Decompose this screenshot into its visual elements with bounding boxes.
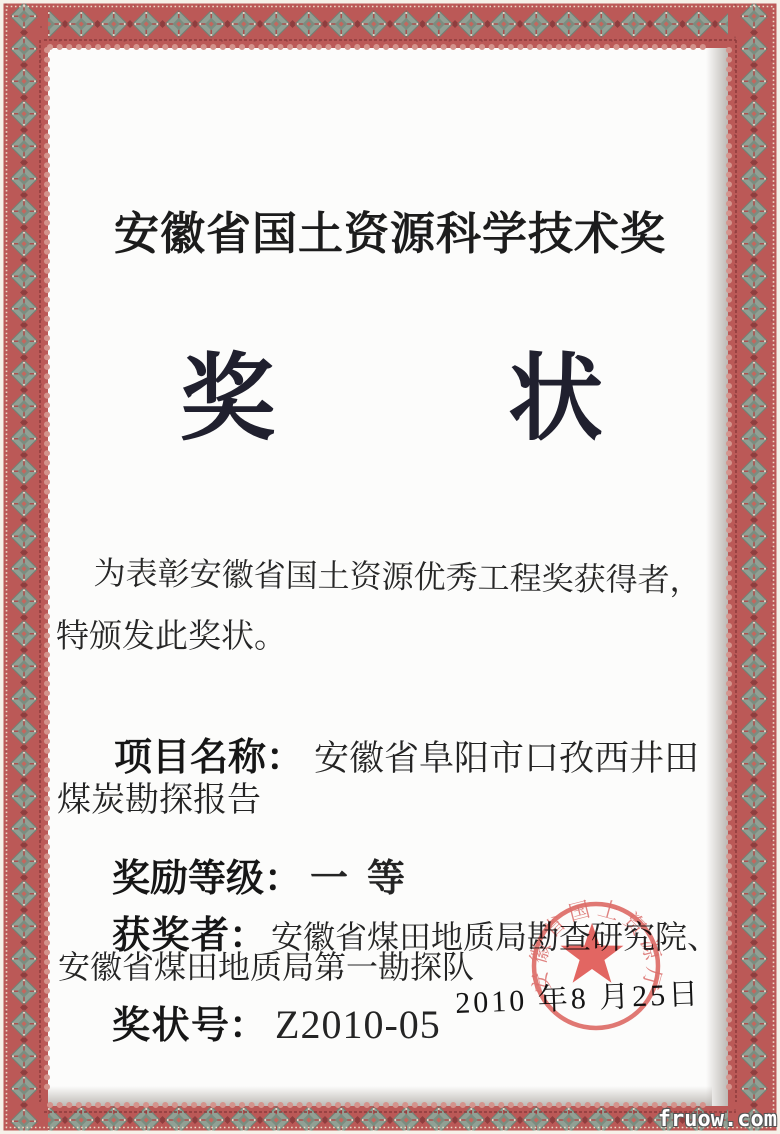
award-grade-label: 奖励等级： <box>112 858 302 900</box>
award-heading-left: 奖 <box>180 352 275 447</box>
watermark: fruow.com <box>658 1107 777 1132</box>
certificate-number-label: 奖 状 号： <box>112 1005 267 1047</box>
award-winner-value-cont: 安徽省煤田地质局第一勘探队 <box>58 942 474 988</box>
project-name-value-cont: 煤炭勘探报告 <box>57 772 261 821</box>
issue-date: 2010 年8 月25日 <box>454 969 702 1022</box>
project-name-value: 安徽省阜阳市口孜西井田 <box>314 739 699 778</box>
body-text-line-2: 特颁发此奖状。 <box>56 610 287 657</box>
page-title: 安徽省国土资源科学技术奖 <box>0 197 780 262</box>
certificate-number-value: Z2010-05 <box>275 1002 441 1047</box>
award-heading-right: 状 <box>508 352 603 447</box>
field-certificate-number: 奖 状 号：Z2010-05 <box>96 984 441 1067</box>
certificate-page: 安徽省国土资源科学技术奖 奖 状 为表彰安徽省国土资源优秀工程奖获得者， 特颁发… <box>0 0 780 1134</box>
body-text-line-1: 为表彰安徽省国土资源优秀工程奖获得者， <box>93 548 702 601</box>
award-grade-value: 一 等 <box>310 858 405 900</box>
